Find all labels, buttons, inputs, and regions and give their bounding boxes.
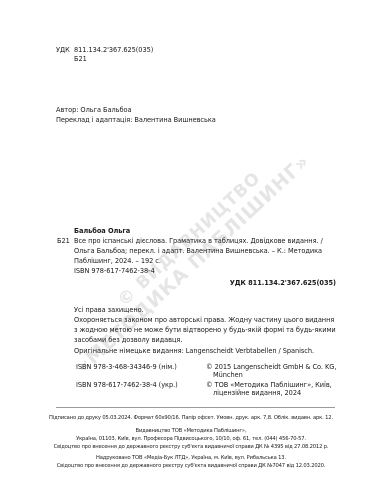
translation-credit: Переклад і адаптація: Валентина Вишневсь… — [56, 115, 216, 125]
copyright-ukrainian-license: ліцензійне видання, 2024 — [213, 388, 301, 398]
catalog-author-heading: Бальбоа Ольга — [74, 226, 130, 236]
rights-text: Охороняється законом про авторські права… — [74, 315, 334, 325]
catalog-author-mark: Б21 — [57, 236, 70, 246]
original-edition: Оригінальне німецьке видання: Langensche… — [74, 346, 314, 356]
author-mark: Б21 — [74, 54, 87, 64]
publisher-address: Україна, 01103, Київ, вул. Професора Під… — [40, 435, 342, 443]
rights-text: засобами без дозволу видавця. — [74, 335, 182, 345]
copyright-german-city: München — [213, 370, 243, 380]
isbn-ukrainian: ISBN 978-617-7462-38-4 (укр.) — [76, 380, 178, 390]
printer-certificate: Свідоцтво про внесення до державного реє… — [40, 462, 342, 470]
rights-text: з жодною метою не може бути відтворено у… — [74, 325, 336, 335]
divider — [56, 407, 335, 408]
rights-reserved: Усі права захищено. — [74, 305, 144, 315]
udk-label: УДК — [56, 45, 70, 55]
author-credit: Автор: Ольга Бальбоа — [56, 105, 131, 115]
print-signed: Підписано до друку 05.03.2024. Формат 60… — [40, 414, 342, 422]
printer-name: Надруковано ТОВ «Медіа-Бук ЛТД», Україна… — [40, 454, 342, 462]
catalog-line: Ольга Бальбоа; перекл. і адапт. Валентин… — [74, 246, 322, 256]
catalog-isbn: ISBN 978-617-7462-38-4 — [74, 266, 155, 276]
catalog-line: Все про іспанські дієслова. Граматика в … — [74, 236, 323, 246]
publisher-name: Видавництво ТОВ «Методика Паблішинг», — [40, 427, 342, 435]
isbn-german: ISBN 978-3-468-34346-9 (нім.) — [76, 362, 177, 372]
publisher-certificate: Свідоцтво про внесення до державного реє… — [40, 443, 342, 451]
catalog-line: Паблішинг, 2024. – 192 с. — [74, 256, 161, 266]
catalog-udk: УДК 811.134.2'367.625(035) — [230, 278, 336, 288]
